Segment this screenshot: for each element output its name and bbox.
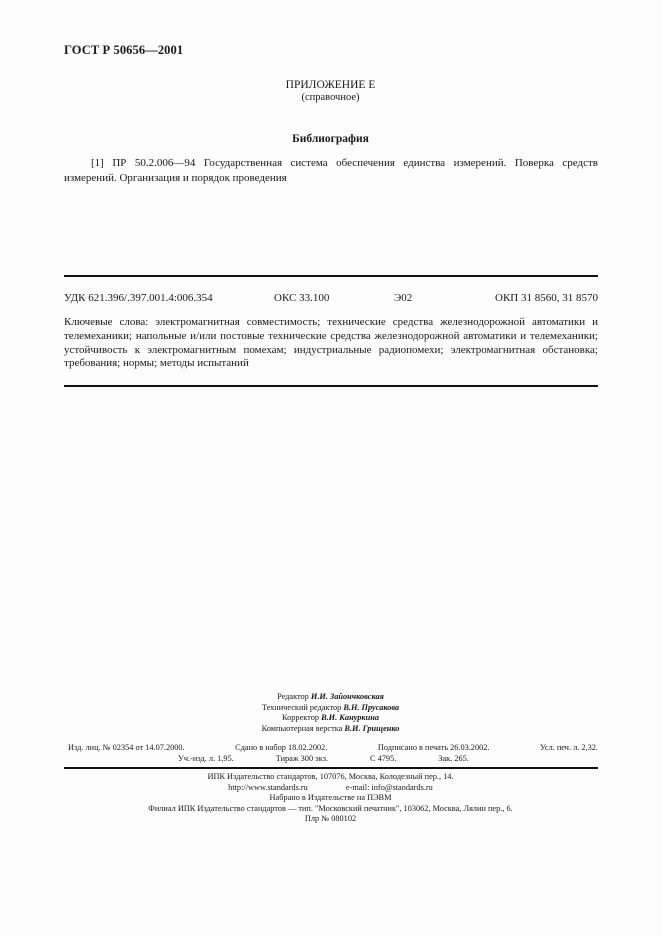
printer-license: Плр № 080102 bbox=[0, 814, 661, 825]
document-code: ГОСТ Р 50656—2001 bbox=[64, 43, 183, 58]
order-number: Зак. 265. bbox=[438, 754, 469, 763]
print-sheets: Усл. печ. л. 2,32. bbox=[540, 743, 598, 752]
publisher-contacts: http://www.standards.ru e-mail: info@sta… bbox=[0, 783, 661, 794]
classification-row: УДК 621.396/.397.001.4:006.354 ОКС 33.10… bbox=[64, 292, 598, 304]
print-run: Тираж 300 экз. bbox=[276, 754, 328, 763]
divider-keywords bbox=[64, 385, 598, 387]
annex-title: ПРИЛОЖЕНИЕ Е bbox=[0, 79, 661, 91]
printer-address: Филиал ИПК Издательство стандартов — тип… bbox=[0, 804, 661, 815]
license: Изд. лиц. № 02354 от 14.07.2000. bbox=[68, 743, 185, 752]
publisher-url[interactable]: http://www.standards.ru bbox=[228, 783, 308, 792]
credit-proofreader: Корректор В.И. Кануркина bbox=[0, 713, 661, 724]
credits-block: Редактор И.И. Зайончковская Технический … bbox=[0, 692, 661, 734]
bibliography-entry: [1] ПР 50.2.006—94 Государственная систе… bbox=[64, 156, 598, 185]
udc-code: УДК 621.396/.397.001.4:006.354 bbox=[64, 292, 274, 304]
credit-tech-editor: Технический редактор В.Н. Прусакова bbox=[0, 703, 661, 714]
publisher-email[interactable]: e-mail: info@standards.ru bbox=[346, 783, 433, 792]
annex-subtitle: (справочное) bbox=[0, 92, 661, 103]
group-code: Э02 bbox=[394, 292, 474, 304]
keywords: Ключевые слова: электромагнитная совмест… bbox=[64, 316, 598, 371]
publisher-sheets: Уч.-изд. л. 1,95. bbox=[178, 754, 234, 763]
typeset-date: Сдано в набор 18.02.2002. bbox=[235, 743, 327, 752]
divider-imprint bbox=[64, 767, 598, 769]
publisher-address: ИПК Издательство стандартов, 107076, Мос… bbox=[0, 772, 661, 783]
imprint-row-1: Изд. лиц. № 02354 от 14.07.2000. Сдано в… bbox=[68, 743, 598, 752]
credit-layout: Компьютерная верстка В.И. Грищенко bbox=[0, 724, 661, 735]
oks-code: ОКС 33.100 bbox=[274, 292, 394, 304]
publisher-block: ИПК Издательство стандартов, 107076, Мос… bbox=[0, 772, 661, 825]
imprint-row-2: Уч.-изд. л. 1,95. Тираж 300 экз. С 4795.… bbox=[68, 754, 598, 763]
bibliography-heading: Библиография bbox=[0, 133, 661, 145]
code-c: С 4795. bbox=[370, 754, 396, 763]
print-date: Подписано в печать 26.03.2002. bbox=[378, 743, 490, 752]
okp-code: ОКП 31 8560, 31 8570 bbox=[474, 292, 598, 304]
divider-top bbox=[64, 275, 598, 277]
credit-editor: Редактор И.И. Зайончковская bbox=[0, 692, 661, 703]
typeset-note: Набрано в Издательстве на ПЭВМ bbox=[0, 793, 661, 804]
